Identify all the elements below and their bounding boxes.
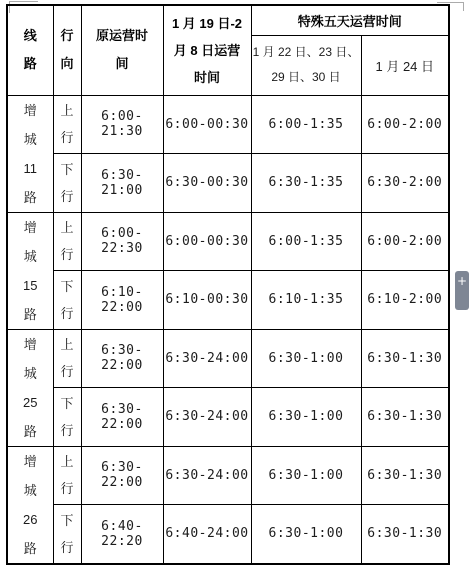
time-cell: 6:30-22:00 (81, 388, 163, 447)
time-cell: 6:30-24:00 (163, 329, 251, 388)
direction-line: 行 (54, 475, 81, 502)
direction-line: 下 (54, 156, 81, 183)
time-cell: 6:40-22:20 (81, 505, 163, 564)
time-cell: 6:00-2:00 (361, 212, 449, 271)
direction-line: 上 (54, 97, 81, 124)
header-direction-line: 向 (54, 50, 81, 78)
direction-line: 行 (54, 534, 81, 561)
header-route-line: 线 (8, 22, 53, 50)
time-cell: 6:10-2:00 (361, 271, 449, 330)
time-cell: 6:30-2:00 (361, 154, 449, 213)
page: 线 路 行 向 原运营时 间 1 月 19 日-2 月 8 日运营 时间 特殊五… (0, 0, 471, 580)
route-line: 路 (8, 183, 53, 212)
time-cell: 6:00-1:35 (251, 95, 361, 154)
route-line: 路 (8, 417, 53, 446)
time-cell: 6:00-1:35 (251, 212, 361, 271)
header-spring-time-line: 时间 (164, 64, 251, 91)
route-line: 15 (8, 271, 53, 300)
route-line: 城 (8, 125, 53, 154)
time-cell: 6:10-00:30 (163, 271, 251, 330)
route-line: 增 (8, 213, 53, 242)
table-row: 增 城 15 路 上 行 6:00-22:30 6:00-00:30 6:00-… (7, 212, 449, 271)
direction-line: 上 (54, 331, 81, 358)
time-cell: 6:00-2:00 (361, 95, 449, 154)
header-original-time: 原运营时 间 (81, 5, 163, 95)
time-cell: 6:00-00:30 (163, 95, 251, 154)
time-cell: 6:30-1:00 (251, 505, 361, 564)
header-special-dates-1: 1 月 22 日、23 日、 29 日、30 日 (251, 35, 361, 95)
table-row: 下 行 6:30-21:00 6:30-00:30 6:30-1:35 6:30… (7, 154, 449, 213)
time-cell: 6:00-21:30 (81, 95, 163, 154)
direction-cell: 下 行 (53, 505, 81, 564)
header-special-dates-1-line: 1 月 22 日、23 日、 (252, 40, 361, 65)
direction-cell: 上 行 (53, 329, 81, 388)
time-cell: 6:30-24:00 (163, 446, 251, 505)
route-cell: 增 城 15 路 (7, 212, 53, 329)
time-cell: 6:10-22:00 (81, 271, 163, 330)
header-route-line: 路 (8, 50, 53, 78)
direction-line: 下 (54, 507, 81, 534)
direction-cell: 下 行 (53, 271, 81, 330)
time-cell: 6:30-1:00 (251, 446, 361, 505)
time-cell: 6:10-1:35 (251, 271, 361, 330)
direction-cell: 下 行 (53, 154, 81, 213)
time-cell: 6:30-1:30 (361, 446, 449, 505)
table-row: 下 行 6:40-22:20 6:40-24:00 6:30-1:00 6:30… (7, 505, 449, 564)
header-direction: 行 向 (53, 5, 81, 95)
direction-cell: 上 行 (53, 446, 81, 505)
time-cell: 6:40-24:00 (163, 505, 251, 564)
plus-icon: + (457, 274, 467, 288)
header-special-dates-1-line: 29 日、30 日 (252, 65, 361, 90)
direction-line: 上 (54, 214, 81, 241)
time-cell: 6:00-22:30 (81, 212, 163, 271)
time-cell: 6:30-22:00 (81, 446, 163, 505)
time-cell: 6:30-1:00 (251, 329, 361, 388)
direction-line: 上 (54, 448, 81, 475)
time-cell: 6:30-24:00 (163, 388, 251, 447)
route-line: 26 (8, 505, 53, 534)
time-cell: 6:30-00:30 (163, 154, 251, 213)
header-spring-time: 1 月 19 日-2 月 8 日运营 时间 (163, 5, 251, 95)
direction-line: 下 (54, 273, 81, 300)
route-line: 11 (8, 154, 53, 183)
time-cell: 6:00-00:30 (163, 212, 251, 271)
time-cell: 6:30-1:00 (251, 388, 361, 447)
route-line: 25 (8, 388, 53, 417)
time-cell: 6:30-1:30 (361, 388, 449, 447)
header-route: 线 路 (7, 5, 53, 95)
route-cell: 增 城 26 路 (7, 446, 53, 564)
direction-line: 行 (54, 300, 81, 327)
header-original-time-line: 原运营时 (82, 22, 163, 50)
direction-cell: 下 行 (53, 388, 81, 447)
direction-line: 行 (54, 124, 81, 151)
header-special-five-days: 特殊五天运营时间 (251, 5, 449, 35)
time-cell: 6:30-1:35 (251, 154, 361, 213)
route-line: 路 (8, 534, 53, 563)
table-row: 增 城 25 路 上 行 6:30-22:00 6:30-24:00 6:30-… (7, 329, 449, 388)
table-row: 下 行 6:10-22:00 6:10-00:30 6:10-1:35 6:10… (7, 271, 449, 330)
direction-cell: 上 行 (53, 212, 81, 271)
route-line: 城 (8, 359, 53, 388)
route-line: 城 (8, 242, 53, 271)
bus-schedule-table: 线 路 行 向 原运营时 间 1 月 19 日-2 月 8 日运营 时间 特殊五… (6, 4, 450, 565)
route-cell: 增 城 25 路 (7, 329, 53, 446)
route-line: 增 (8, 96, 53, 125)
table-row: 增 城 26 路 上 行 6:30-22:00 6:30-24:00 6:30-… (7, 446, 449, 505)
route-line: 增 (8, 330, 53, 359)
direction-line: 行 (54, 358, 81, 385)
route-line: 城 (8, 476, 53, 505)
time-cell: 6:30-22:00 (81, 329, 163, 388)
direction-line: 行 (54, 417, 81, 444)
header-special-dates-2: 1 月 24 日 (361, 35, 449, 95)
header-direction-line: 行 (54, 22, 81, 50)
header-spring-time-line: 1 月 19 日-2 (164, 10, 251, 37)
direction-line: 行 (54, 241, 81, 268)
expand-handle[interactable]: + (455, 271, 469, 310)
direction-line: 行 (54, 183, 81, 210)
header-spring-time-line: 月 8 日运营 (164, 37, 251, 64)
header-original-time-line: 间 (82, 50, 163, 78)
direction-line: 下 (54, 390, 81, 417)
time-cell: 6:30-1:30 (361, 505, 449, 564)
time-cell: 6:30-1:30 (361, 329, 449, 388)
route-cell: 增 城 11 路 (7, 95, 53, 212)
route-line: 增 (8, 447, 53, 476)
table-row: 下 行 6:30-22:00 6:30-24:00 6:30-1:00 6:30… (7, 388, 449, 447)
direction-cell: 上 行 (53, 95, 81, 154)
table-row: 增 城 11 路 上 行 6:00-21:30 6:00-00:30 6:00-… (7, 95, 449, 154)
route-line: 路 (8, 300, 53, 329)
time-cell: 6:30-21:00 (81, 154, 163, 213)
